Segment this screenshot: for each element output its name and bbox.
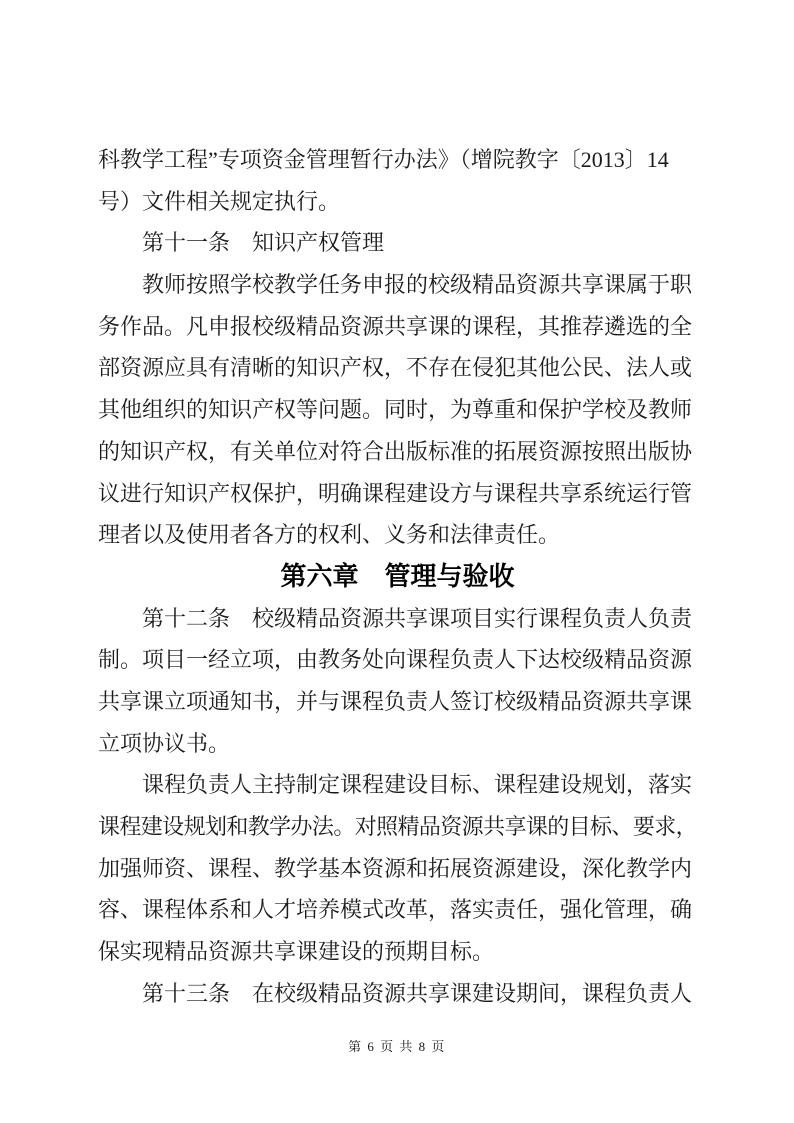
text-line: 其他组织的知识产权等问题。同时，为尊重和保护学校及教师: [98, 389, 697, 431]
text-line: 共享课立项通知书，并与课程负责人签订校级精品资源共享课: [98, 681, 697, 723]
text-line: 科教学工程”专项资金管理暂行办法》（增院教字〔2013〕14: [98, 139, 697, 181]
text-line: 议进行知识产权保护，明确课程建设方与课程共享系统运行管: [98, 473, 697, 515]
text-line: 制。项目一经立项，由教务处向课程负责人下达校级精品资源: [98, 639, 697, 681]
text-line: 课程建设规划和教学办法。对照精品资源共享课的目标、要求，: [98, 806, 697, 848]
text-line: 保实现精品资源共享课建设的预期目标。: [98, 931, 697, 973]
document-body: 科教学工程”专项资金管理暂行办法》（增院教字〔2013〕14 号）文件相关规定执…: [98, 139, 697, 1014]
document-page: 科教学工程”专项资金管理暂行办法》（增院教字〔2013〕14 号）文件相关规定执…: [0, 0, 794, 1123]
page-number: 第 6 页 共 8 页: [0, 1036, 794, 1055]
text-line: 号）文件相关规定执行。: [98, 181, 697, 223]
article-title-line: 第十一条 知识产权管理: [98, 222, 697, 264]
text-line: 课程负责人主持制定课程建设目标、课程建设规划，落实: [98, 764, 697, 806]
article-title-line: 第十二条 校级精品资源共享课项目实行课程负责人负责: [98, 598, 697, 640]
text-line: 的知识产权，有关单位对符合出版标准的拓展资源按照出版协: [98, 431, 697, 473]
text-line: 理者以及使用者各方的权利、义务和法律责任。: [98, 514, 697, 556]
article-title-line: 第十三条 在校级精品资源共享课建设期间，课程负责人: [98, 973, 697, 1015]
text-line: 加强师资、课程、教学基本资源和拓展资源建设，深化教学内: [98, 848, 697, 890]
text-line: 部资源应具有清晰的知识产权，不存在侵犯其他公民、法人或: [98, 347, 697, 389]
chapter-heading: 第六章 管理与验收: [98, 556, 697, 598]
text-line: 立项协议书。: [98, 723, 697, 765]
text-line: 务作品。凡申报校级精品资源共享课的课程，其推荐遴选的全: [98, 306, 697, 348]
text-line: 教师按照学校教学任务申报的校级精品资源共享课属于职: [98, 264, 697, 306]
text-line: 容、课程体系和人才培养模式改革，落实责任，强化管理，确: [98, 889, 697, 931]
